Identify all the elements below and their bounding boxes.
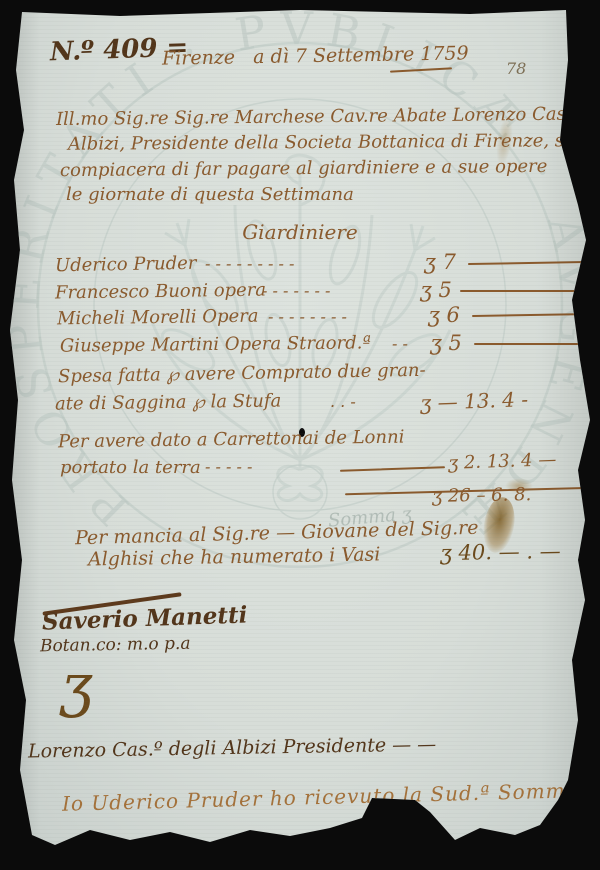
place-date-line: Firenze a dì 7 Settembre 1759 <box>162 43 469 70</box>
entry-amount: ʒ — 13. 4 - <box>420 388 529 415</box>
entry-label: Micheli Morelli Opera <box>57 307 259 330</box>
scanned-manuscript-page: PROSPERITATI · PVBLICÆ · AVGENDÆ <box>0 0 600 870</box>
entry-amount: ʒ 7 <box>424 250 456 274</box>
botanist-signature: Saverio Manetti <box>42 602 248 636</box>
tip-amount: ʒ 40. — . — <box>440 539 561 565</box>
receipt-line: Io Uderico Pruder ho ricevuto la Sud.ª S… <box>62 779 579 816</box>
entry-amount: ʒ 2. 13. 4 — <box>448 450 557 474</box>
entry-amount: ʒ 6 <box>428 303 460 327</box>
section-heading: Giardiniere <box>180 221 420 244</box>
date-text: a dì 7 Settembre 1759 <box>253 42 469 68</box>
entry-line-2: portato la terra <box>60 458 201 479</box>
entry-line-1: Per avere dato a Carrettonai de Lonni <box>58 428 405 454</box>
date-underline <box>390 67 452 72</box>
entry-line-2: ate di Saggina ℘ la Stufa <box>55 391 282 415</box>
entry-leader: - - - - - <box>205 458 252 476</box>
paraph-flourish: ʒ <box>60 652 93 719</box>
salutation-line-3: compiacera di far pagare al giardiniere … <box>60 157 548 182</box>
entry-amount: ʒ 5 <box>430 331 462 355</box>
entry-label: Francesco Buoni opera <box>55 281 266 305</box>
tip-line-2: Alghisi che ha numerato i Vasi <box>88 544 381 571</box>
entry-amount: ʒ 5 <box>420 278 452 302</box>
entry-label: Giuseppe Martini Opera Straord.ª <box>60 333 371 357</box>
ledger-rule <box>474 343 586 345</box>
president-signature: Lorenzo Cas.º degli Albizi Presidente — … <box>28 734 437 763</box>
place-name: Firenze <box>162 46 235 69</box>
salutation-line-2: Albizi, Presidente della Societa Bottani… <box>68 131 570 155</box>
entry-leader: . . - <box>330 393 356 411</box>
entry-line-1: Spesa fatta ℘ avere Comprato due gran- <box>58 361 426 388</box>
total-amount: ʒ 26 – 6. 8. <box>432 485 532 507</box>
ledger-rule <box>340 466 445 472</box>
folio-number: 78 <box>506 60 526 78</box>
salutation-line-1: Ill.mo Sig.re Sig.re Marchese Cav.re Aba… <box>56 104 600 131</box>
entry-leader: - - - - - - - <box>262 282 330 300</box>
entry-label: Uderico Pruder <box>55 254 197 277</box>
ledger-rule <box>472 313 590 317</box>
entry-leader: - - - - - - - - - <box>205 255 294 273</box>
entry-leader: - - - - - - - - <box>268 308 347 326</box>
salutation-line-4: le giornate di questa Settimana <box>66 185 354 206</box>
ledger-rule <box>460 290 590 292</box>
paper-sheet: PROSPERITATI · PVBLICÆ · AVGENDÆ <box>0 0 600 870</box>
entry-leader: - - <box>392 335 408 353</box>
ledger-rule <box>468 261 590 265</box>
